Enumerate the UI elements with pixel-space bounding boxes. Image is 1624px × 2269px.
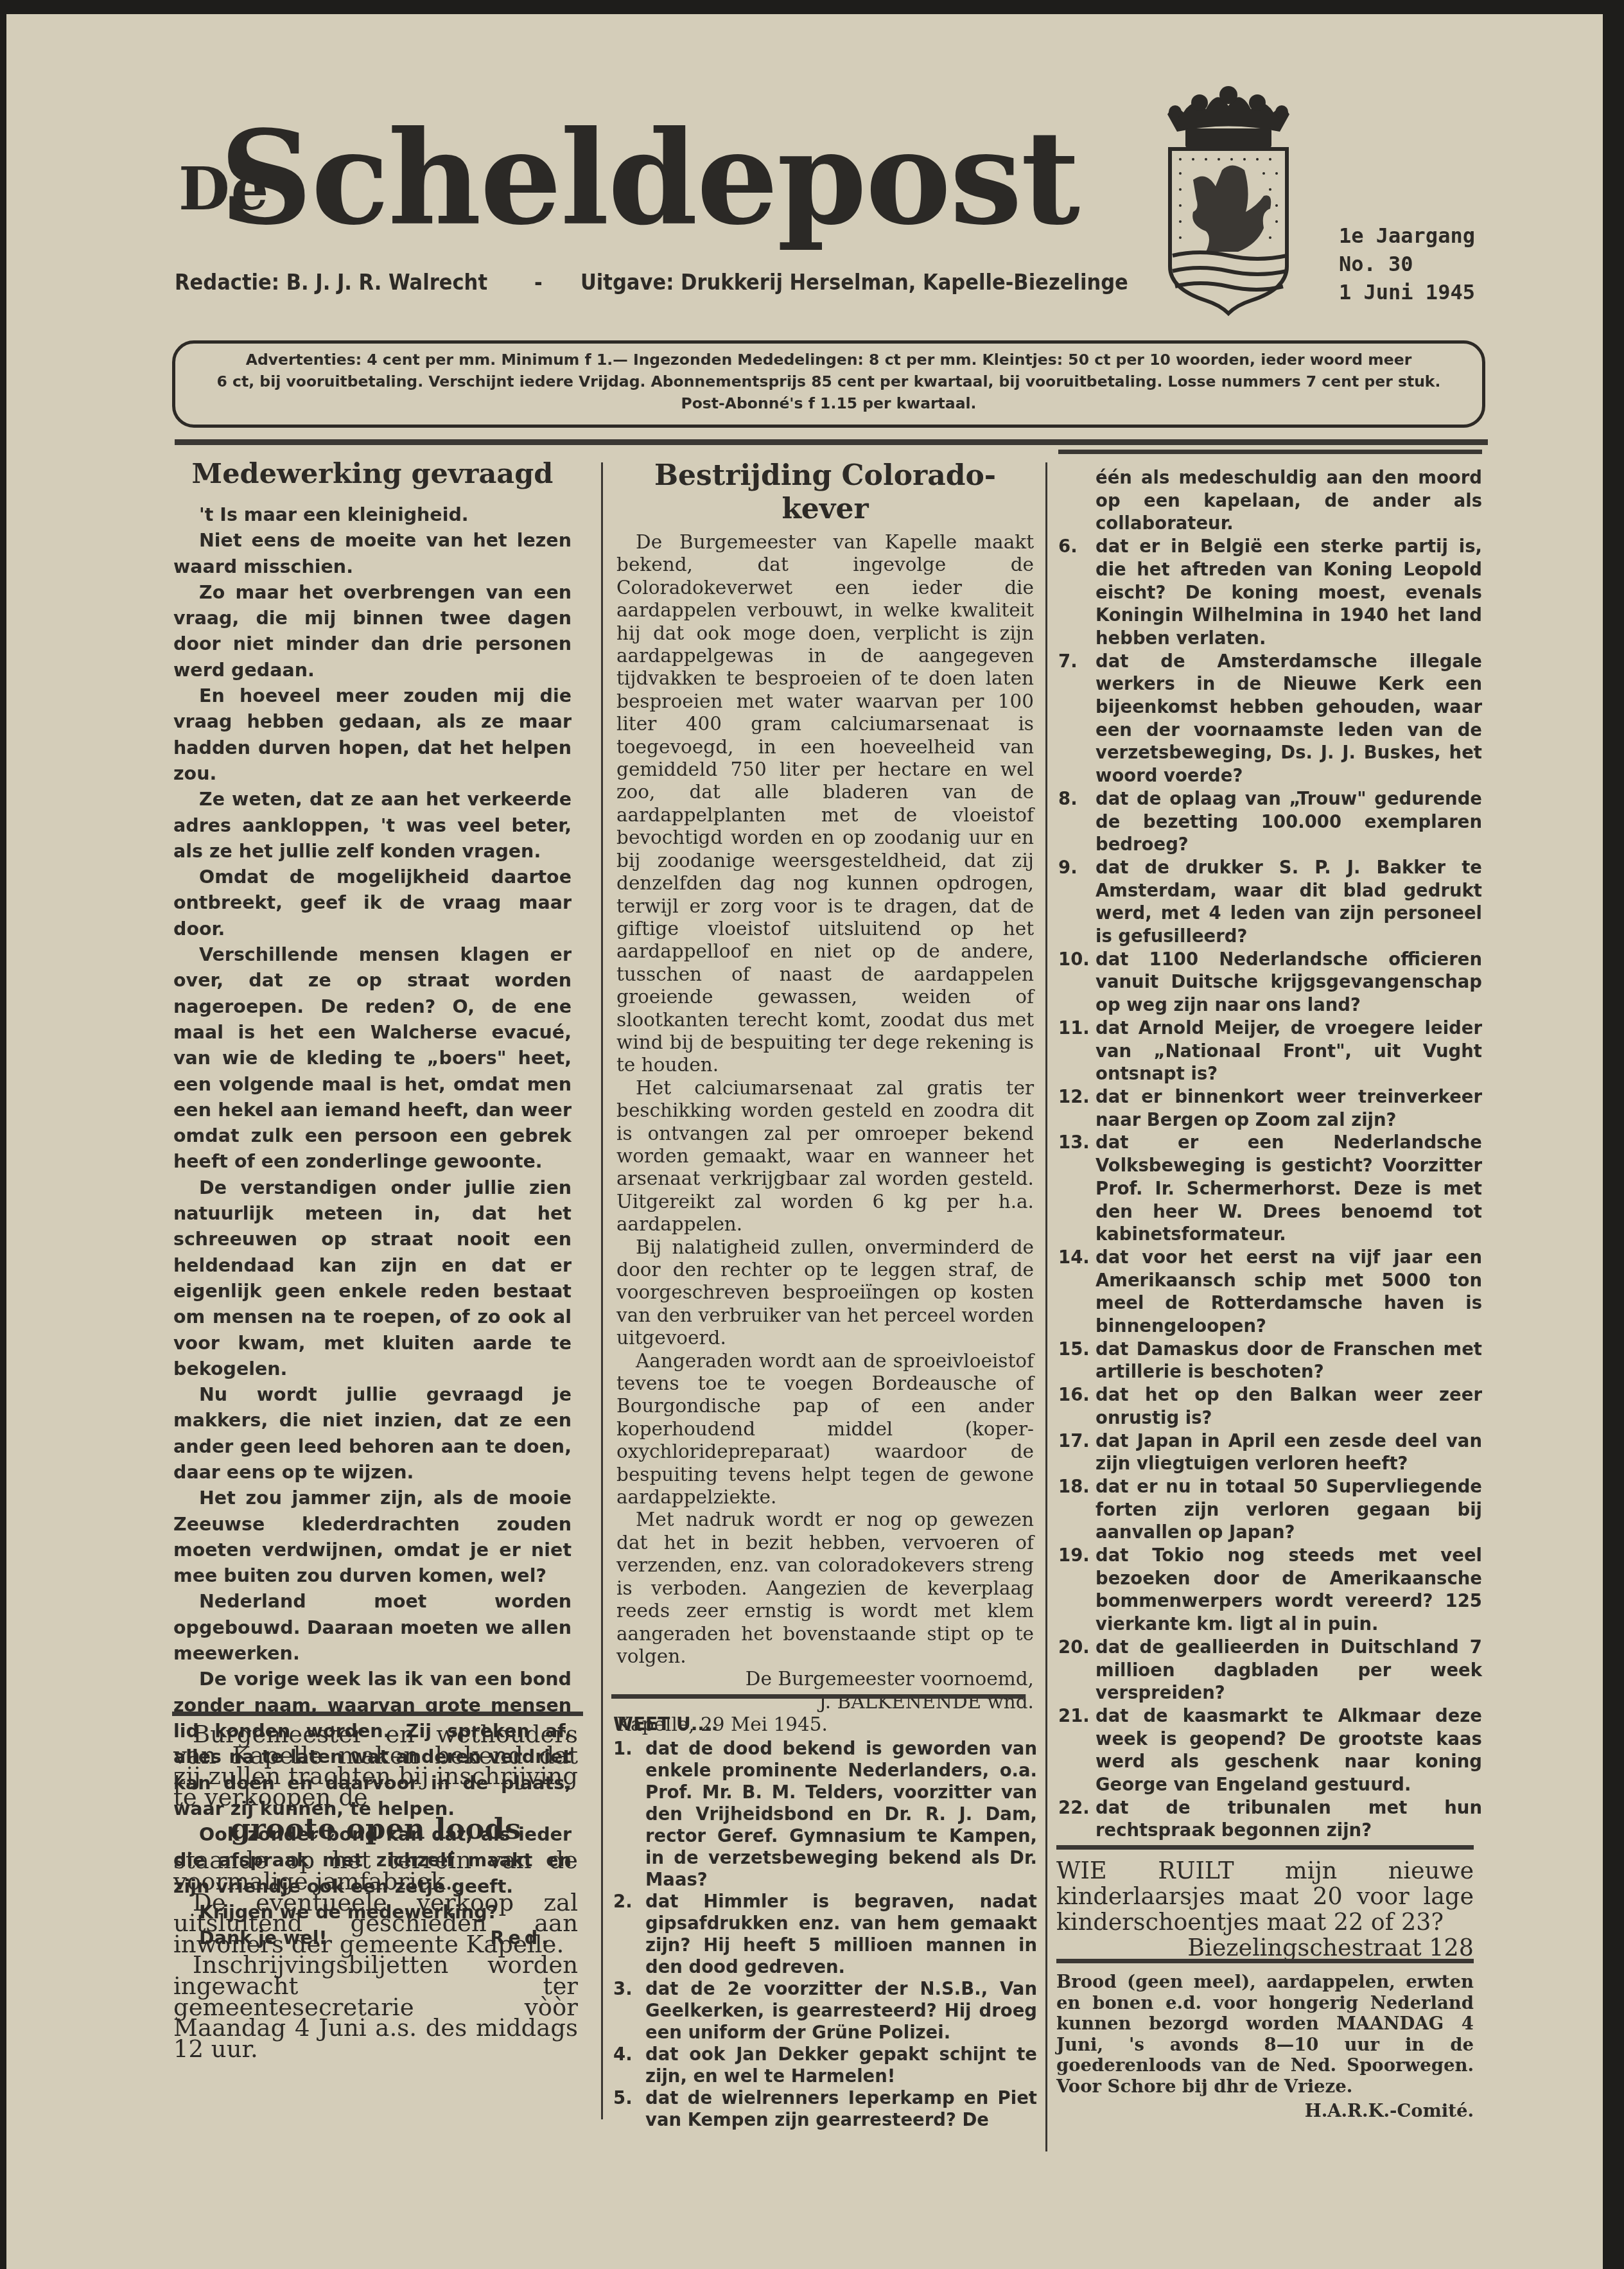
ad-open-loods: Burgemeester en wethouders van Kapelle m… <box>173 1724 578 2060</box>
list-item: 7.dat de Amsterdamsche illegale werkers … <box>1058 651 1482 788</box>
issue-date: 1 Juni 1945 <box>1339 280 1475 304</box>
list-item: 9.dat de drukker S. P. J. Bakker te Amst… <box>1058 857 1482 949</box>
divider <box>1056 1845 1474 1850</box>
list-item-continued: één als medeschuldig aan den moord op ee… <box>1058 467 1482 536</box>
rates-line-3: Post-Abonné's f 1.15 per kwartaal. <box>175 392 1482 414</box>
ad-signature: H.A.R.K.-Comité. <box>1056 2101 1474 2122</box>
paragraph: Verschillende mensen klagen er over, dat… <box>173 942 572 1175</box>
divider <box>1056 1959 1474 1963</box>
list-item: 15.dat Damaskus door de Franschen met ar… <box>1058 1338 1482 1384</box>
list-item: 16.dat het op den Balkan weer zeer onrus… <box>1058 1384 1482 1430</box>
list-item: 17.dat Japan in April een zesde deel van… <box>1058 1430 1482 1476</box>
list-item: 13.dat er een Nederlandsche Volksbewegin… <box>1058 1132 1482 1247</box>
list-item: 14.dat voor het eerst na vijf jaar een A… <box>1058 1247 1482 1338</box>
divider <box>172 1712 583 1716</box>
paragraph: Omdat de mogelijkheid daartoe ontbreekt,… <box>173 864 572 942</box>
list-item: 10.dat 1100 Nederlandsche officieren van… <box>1058 949 1482 1017</box>
signature-line-1: De Burgemeester voornoemd, <box>616 1668 1034 1690</box>
section-title: WEET U.... <box>613 1716 1037 1733</box>
paragraph: Nu wordt jullie gevraagd je makkers, die… <box>173 1382 572 1485</box>
column-divider-1 <box>601 462 603 2119</box>
list-item: 4.dat ook Jan Dekker gepakt schijnt te z… <box>613 2044 1037 2087</box>
paragraph: Aangeraden wordt aan de sproeivloeistof … <box>616 1350 1034 1509</box>
list-item: 6.dat er in België een sterke partij is,… <box>1058 536 1482 651</box>
list-item: 21.dat de kaasmarkt te Alkmaar deze week… <box>1058 1705 1482 1797</box>
issue-number: No. 30 <box>1339 252 1413 276</box>
ad-lead: WIE RUILT <box>1056 1857 1234 1884</box>
list-item: 11.dat Arnold Meijer, de vroegere leider… <box>1058 1017 1482 1086</box>
paragraph: 't Is maar een kleinigheid. <box>173 502 572 528</box>
paragraph: Nederland moet worden opgebouwd. Daaraan… <box>173 1589 572 1667</box>
masthead-title: Scheldepost <box>220 114 1079 243</box>
paragraph: De verstandigen onder jullie zien natuur… <box>173 1175 572 1382</box>
divider <box>1058 450 1482 454</box>
list-item: 3.dat de 2e voorzitter der N.S.B., Van G… <box>613 1978 1037 2044</box>
coat-of-arms-icon <box>1161 83 1296 321</box>
paragraph: Met nadruk wordt er nog op gewezen dat h… <box>616 1509 1034 1668</box>
divider <box>611 1694 1026 1699</box>
paragraph: Bij nalatigheid zullen, onverminderd de … <box>616 1236 1034 1350</box>
masthead-uitgave: Uitgave: Drukkerij Herselman, Kapelle-Bi… <box>581 270 1128 295</box>
column-divider-2 <box>1045 462 1047 2151</box>
masthead-redactie: Redactie: B. J. J. R. Walrecht <box>175 270 487 295</box>
list-item: 22.dat de tribunalen met hun rechtspraak… <box>1058 1797 1482 1843</box>
list-item: 2.dat Himmler is begraven, nadat gipsafd… <box>613 1891 1037 1978</box>
ad-headline: groote open loods <box>173 1808 578 1850</box>
paragraph: Het calciumarsenaat zal gratis ter besch… <box>616 1077 1034 1236</box>
ad-wie-ruilt: WIE RUILT mijn nieuwe kinderlaarsjes maa… <box>1056 1858 1474 1961</box>
ad-text: Brood (geen meel), aardappelen, erwten e… <box>1056 1972 1474 2097</box>
ad-brood-hark: Brood (geen meel), aardappelen, erwten e… <box>1056 1972 1474 2122</box>
rates-line-2: 6 ct, bij vooruitbetaling. Verschijnt ie… <box>175 371 1482 392</box>
paragraph: Het zou jammer zijn, als de mooie Zeeuws… <box>173 1485 572 1589</box>
paragraph: En hoeveel meer zouden mij die vraag heb… <box>173 683 572 787</box>
masthead-divider <box>175 439 1488 445</box>
paragraph: De Burgemeester van Kapelle maakt bekend… <box>616 531 1034 1077</box>
rates-box: Advertenties: 4 cent per mm. Minimum f 1… <box>172 340 1485 428</box>
paragraph: Ze weten, dat ze aan het verkeerde adres… <box>173 787 572 864</box>
weet-u-continued: één als medeschuldig aan den moord op ee… <box>1058 450 1482 1843</box>
list-item: 20.dat de geallieerden in Duitschland 7 … <box>1058 1636 1482 1705</box>
list-item: 5.dat de wielrenners Ieperkamp en Piet v… <box>613 2087 1037 2131</box>
list-item: 19.dat Tokio nog steeds met veel bezoeke… <box>1058 1545 1482 1636</box>
masthead-separator: - <box>534 270 543 295</box>
rates-line-1: Advertenties: 4 cent per mm. Minimum f 1… <box>175 349 1482 371</box>
ad-address: Biezelingschestraat 128 <box>1056 1935 1474 1961</box>
ad-paragraph: Burgemeester en wethouders van Kapelle m… <box>173 1724 578 1808</box>
article-title: Bestrijding Colorado-kever <box>616 459 1034 526</box>
list-item: 1.dat de dood bekend is geworden van enk… <box>613 1738 1037 1891</box>
list-item: 8.dat de oplaag van „Trouw" gedurende de… <box>1058 788 1482 857</box>
ad-paragraph: staande op het terrein van de voormalige… <box>173 1850 578 1892</box>
paragraph: Zo maar het overbrengen van een vraag, d… <box>173 580 572 683</box>
article-title: Medewerking gevraagd <box>173 457 572 491</box>
list-item: 18.dat er nu in totaal 50 Supervliegende… <box>1058 1476 1482 1545</box>
article-colorado-kever: Bestrijding Colorado-kever De Burgemeest… <box>616 459 1034 1737</box>
issue-jaargang: 1e Jaargang <box>1339 223 1475 248</box>
ad-paragraph: Inschrijvingsbiljetten worden ingewacht … <box>173 1955 578 2060</box>
weet-u-section: WEET U.... 1.dat de dood bekend is gewor… <box>613 1716 1037 2131</box>
paragraph: Niet eens de moeite van het lezen waard … <box>173 528 572 580</box>
list-item: 12.dat er binnenkort weer treinverkeer n… <box>1058 1086 1482 1132</box>
ad-paragraph: De eventueele verkoop zal uitsluitend ge… <box>173 1893 578 1956</box>
